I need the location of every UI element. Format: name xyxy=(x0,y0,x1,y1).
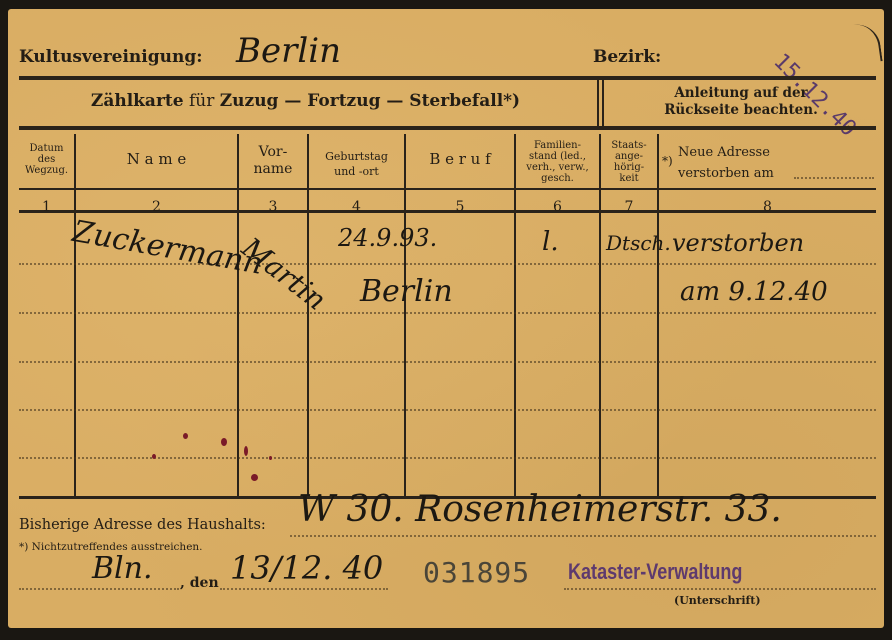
place-dotted xyxy=(19,588,179,590)
date-dotted xyxy=(220,588,388,590)
verstorben-dotted xyxy=(794,177,874,179)
registration-card: Kultusvereinigung: Berlin Bezirk: 15.12.… xyxy=(8,9,884,628)
header-familienstand: Familien- stand (led., verh., verw., ges… xyxy=(516,140,599,184)
divider xyxy=(602,80,604,127)
divider xyxy=(597,80,599,127)
title-types: Zuzug — Fortzug — Sterbefall*) xyxy=(220,91,520,111)
number-stamp: 031895 xyxy=(423,556,530,589)
place-value: Bln. xyxy=(92,551,153,586)
bezirk-label: Bezirk: xyxy=(593,47,661,67)
dotted-row xyxy=(19,409,876,411)
signature-label: (Unterschrift) xyxy=(674,594,761,607)
header-vorname: Vor- name xyxy=(239,144,307,178)
kultus-label: Kultusvereinigung: xyxy=(19,47,203,67)
ink-spot xyxy=(251,474,258,481)
bisherige-value: W 30. Rosenheimerstr. 33. xyxy=(298,489,782,530)
row-line xyxy=(19,188,876,190)
title-zaehlkarte: Zählkarte xyxy=(91,91,184,111)
colnum-1: 1 xyxy=(19,199,74,215)
instruction-line-1: Anleitung auf der xyxy=(606,85,876,102)
colnum-3: 3 xyxy=(239,199,307,215)
header-adresse-prefix: *) xyxy=(662,154,673,168)
entry-adresse-line2: am 9.12.40 xyxy=(680,277,828,307)
header-datum: Datum des Wegzug. xyxy=(19,143,74,176)
entry-adresse-line1: verstorben xyxy=(672,229,804,257)
entry-staatsangehoerigkeit: Dtsch. xyxy=(606,231,671,255)
dotted-row xyxy=(19,263,876,265)
colnum-6: 6 xyxy=(516,199,599,215)
signature-dotted xyxy=(564,588,876,590)
rule xyxy=(19,76,876,80)
entry-familienstand: l. xyxy=(542,227,559,257)
den-label: , den xyxy=(180,575,219,591)
entry-name: Zuckermann xyxy=(70,214,265,282)
ink-spot xyxy=(152,454,156,459)
signature-stamp: Kataster-Verwaltung xyxy=(568,559,742,585)
colnum-4: 4 xyxy=(309,199,404,215)
header-geburtstag: Geburtstag und -ort xyxy=(309,149,404,179)
bisherige-dotted xyxy=(290,535,876,537)
entry-geburtstag: 24.9.93. xyxy=(338,224,437,252)
rule xyxy=(19,126,876,130)
entry-geburtsort: Berlin xyxy=(360,274,453,309)
bisherige-label: Bisherige Adresse des Haushalts: xyxy=(19,517,266,533)
card-title: Zählkarte für Zuzug — Fortzug — Sterbefa… xyxy=(8,91,603,111)
header-name: N a m e xyxy=(76,151,237,167)
header-beruf: B e r u f xyxy=(406,151,514,167)
colnum-7: 7 xyxy=(601,199,657,215)
dotted-row xyxy=(19,361,876,363)
colnum-8: 8 xyxy=(659,199,876,215)
instruction-box: Anleitung auf der Rückseite beachten. xyxy=(606,85,876,119)
colnum-5: 5 xyxy=(406,199,514,215)
ink-spot xyxy=(244,446,248,456)
title-fuer: für xyxy=(189,91,214,111)
instruction-line-2: Rückseite beachten. xyxy=(606,102,876,119)
dotted-row xyxy=(19,312,876,314)
header-adresse: Neue Adresse verstorben am xyxy=(678,142,774,184)
header-staatsangehoerigkeit: Staats- ange- hörig- keit xyxy=(601,140,657,184)
ink-spot xyxy=(183,433,188,439)
ink-spot xyxy=(269,456,272,460)
colnum-2: 2 xyxy=(76,199,237,215)
dotted-row xyxy=(19,457,876,459)
ink-spot xyxy=(221,438,227,446)
pen-mark xyxy=(853,22,882,65)
kultus-value: Berlin xyxy=(236,31,341,71)
date-value: 13/12. 40 xyxy=(230,549,383,587)
